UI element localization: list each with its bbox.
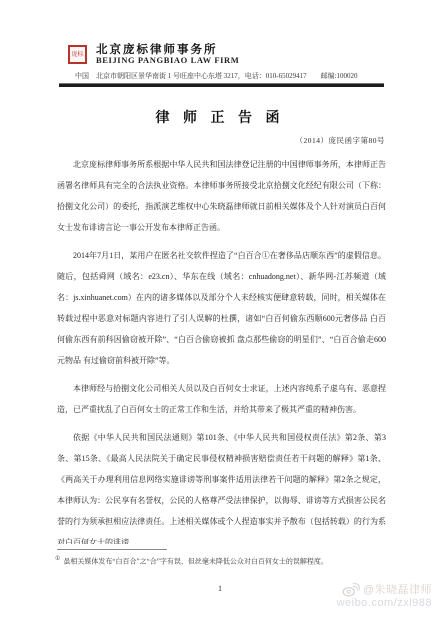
firm-address-line: 中国 北京市朝阳区景华南街 1 号旺座中心东塔 3217，电话：010-6502…	[75, 71, 395, 81]
letterhead-divider	[59, 83, 384, 87]
weibo-handle: @朱晓磊律师	[363, 581, 432, 597]
footnote: ①虽相关媒体发布“白百合”之“合”字有误，但丝毫未降低公众对白百何女士的误解程度…	[55, 554, 387, 566]
footnote-divider	[57, 549, 167, 550]
watermark-row: @朱晓磊律师	[337, 581, 432, 597]
paragraph-1: 北京庞标律师事务所系根据中华人民共和国法律登记注册的中国律师事务所，本律师正告函…	[57, 154, 386, 238]
weibo-logo-icon	[342, 582, 360, 597]
firm-name-en: BEIJING PANGBIAO LAW FIRM	[96, 55, 239, 65]
footnote-text: 虽相关媒体发布“白百合”之“合”字有误，但丝毫未降低公众对白百何女士的误解程度。	[63, 557, 327, 565]
document-title: 律 师 正 告 函	[0, 107, 440, 127]
seal-text: 庞标	[71, 52, 83, 58]
paragraph-4: 依据《中华人民共和国民法通则》第101条、《中华人民共和国侵权责任法》第2条、第…	[57, 427, 386, 544]
weibo-url: weibo.com/zxl988	[337, 597, 432, 609]
lawyer-warning-letter-page: 庞标 北京庞标律师事务所 BEIJING PANGBIAO LAW FIRM 中…	[0, 0, 440, 622]
law-firm-seal-icon: 庞标	[68, 45, 87, 64]
paragraph-3: 本律师经与拾捌文化公司相关人员以及白百何女士求证，上述内容纯系子虚乌有、恶意捏造…	[57, 378, 386, 420]
document-number: （2014）庞民函字第80号	[296, 135, 386, 146]
paragraph-2: 2014年7月1日，某用户在匿名社交软件捏造了“白百合①在奢侈品店顺东西”的虚假…	[57, 245, 386, 371]
footnote-marker: ①	[55, 556, 60, 562]
document-body: 北京庞标律师事务所系根据中华人民共和国法律登记注册的中国律师事务所，本律师正告函…	[57, 154, 386, 544]
weibo-watermark: @朱晓磊律师 weibo.com/zxl988	[337, 581, 432, 609]
